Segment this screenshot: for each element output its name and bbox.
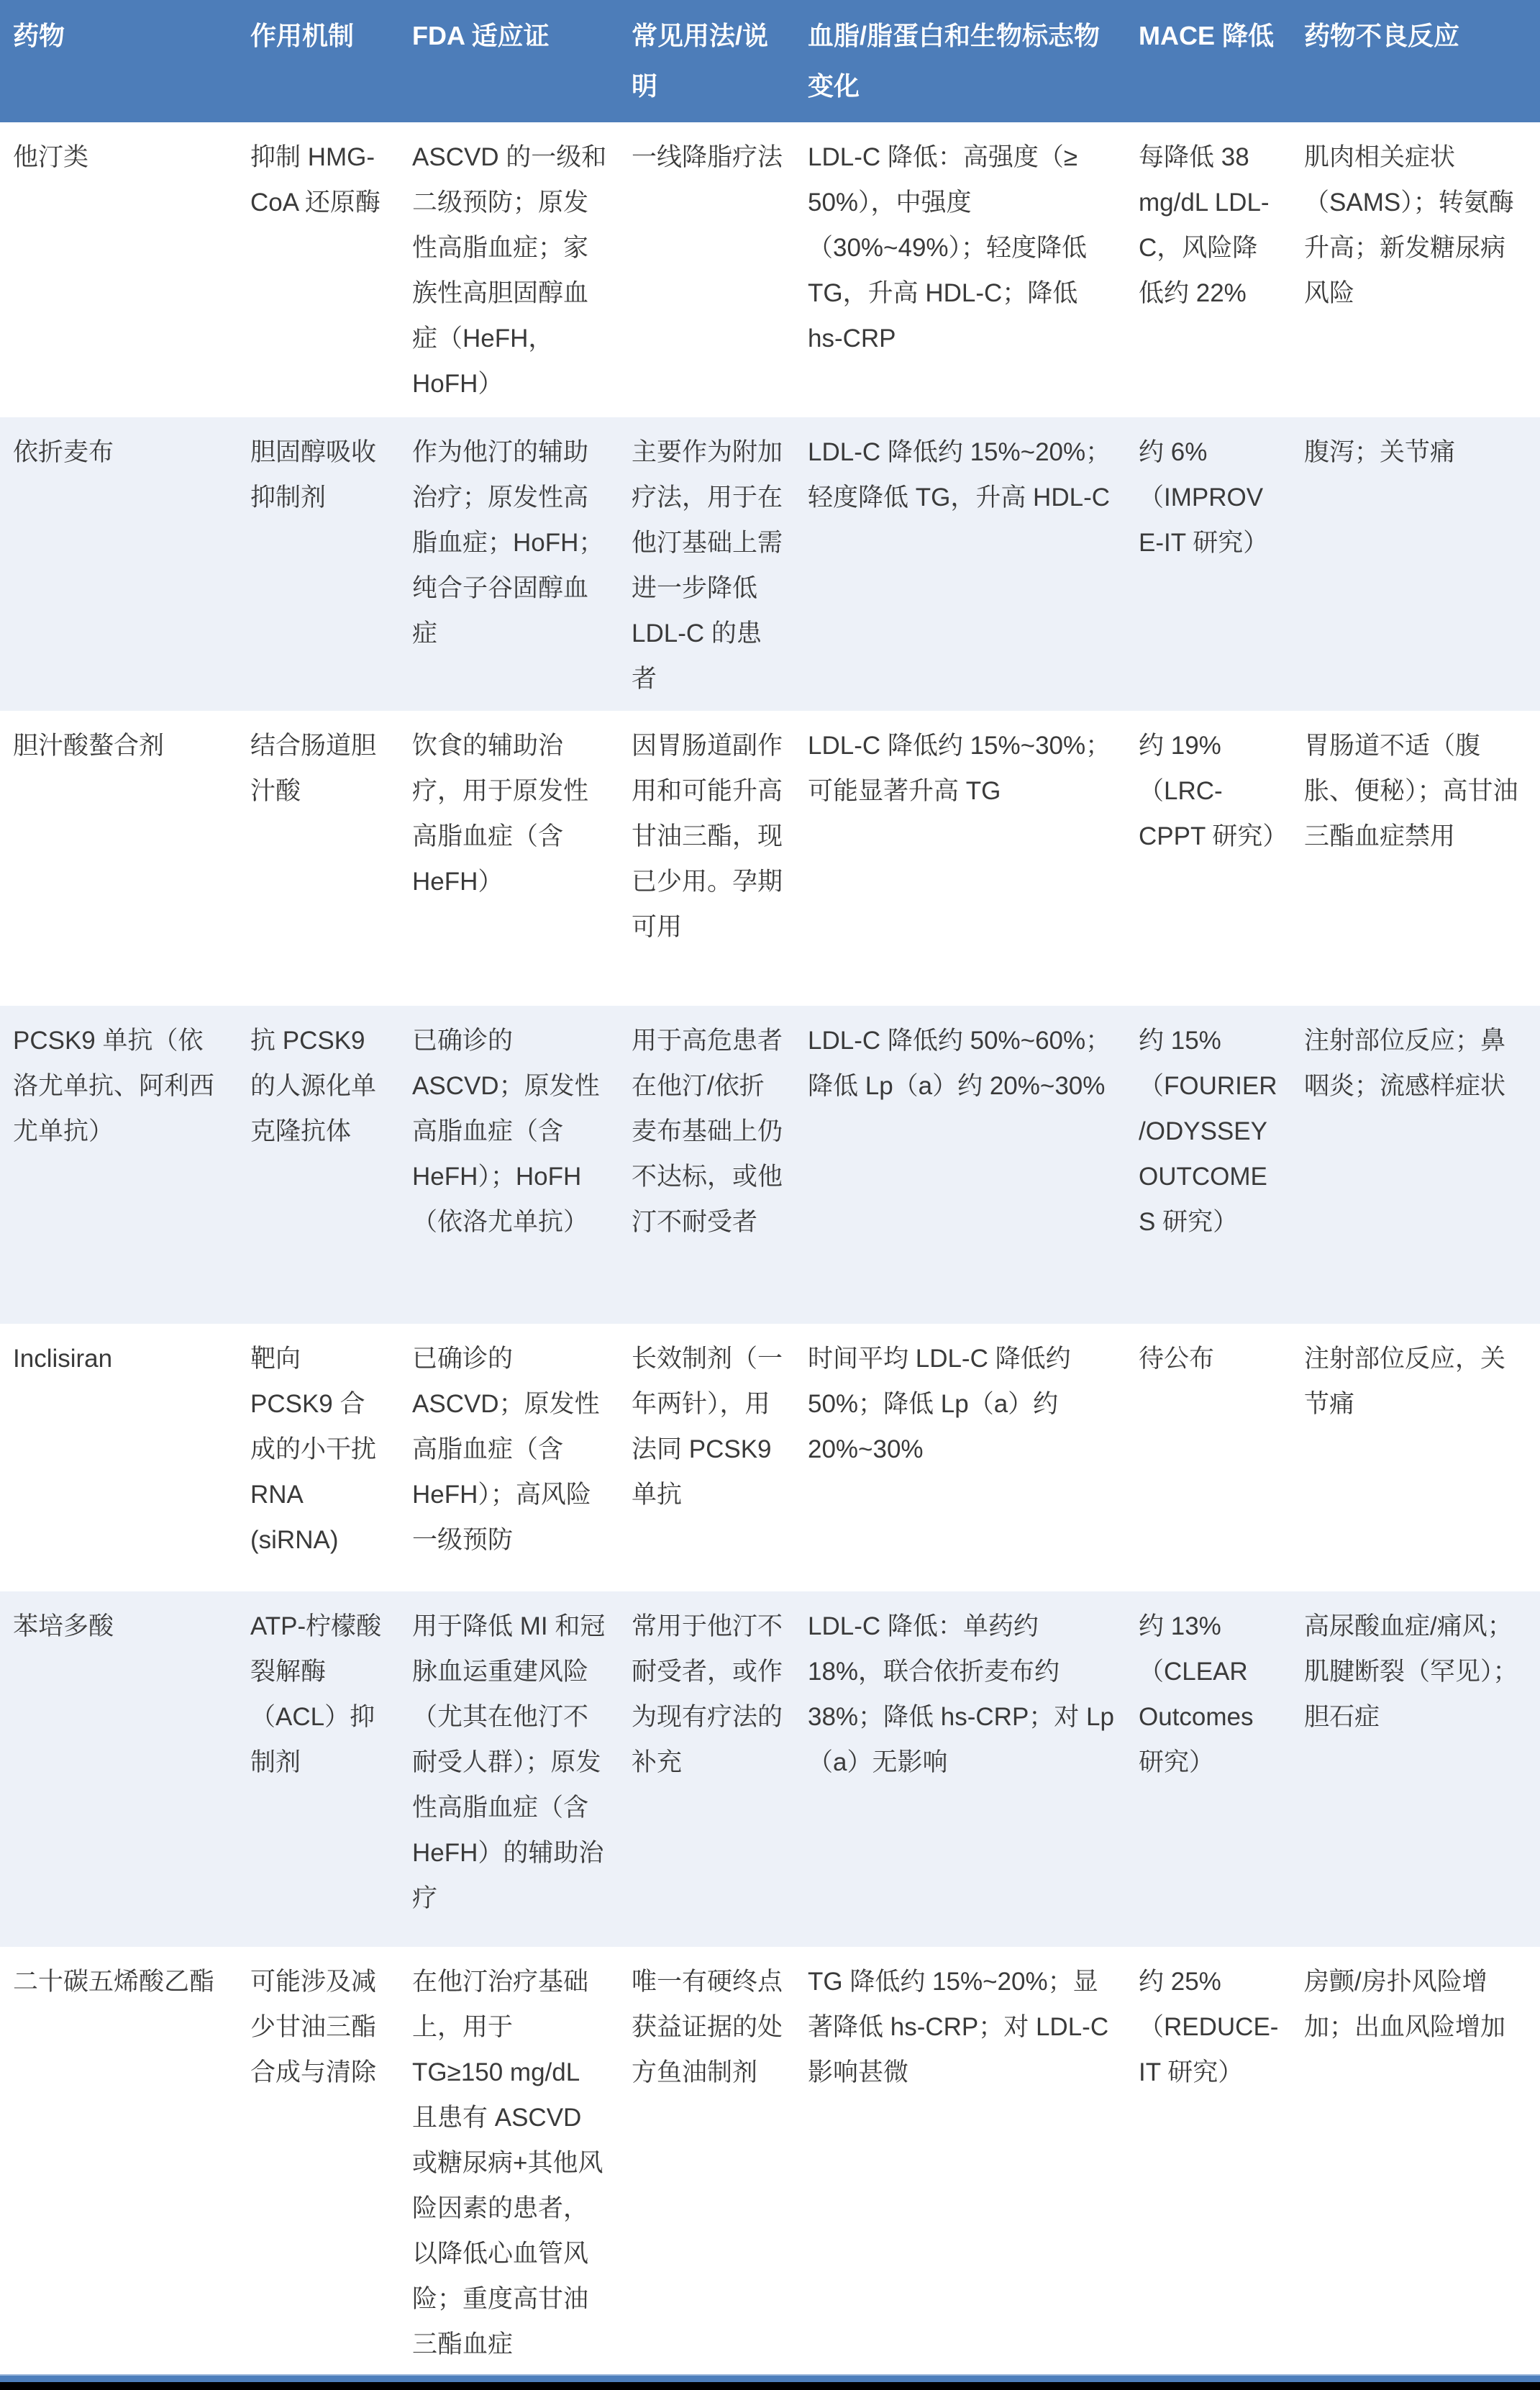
column-header-mechanism: 作用机制	[237, 0, 399, 122]
lipid-lowering-drug-table: 药物 作用机制 FDA 适应证 常见用法/说明 血脂/脂蛋白和生物标志物变化 M…	[0, 0, 1540, 2374]
table-row-inclisiran: Inclisiran 靶向 PCSK9 合成的小干扰 RNA (siRNA) 已…	[0, 1324, 1540, 1591]
cell-drug: 依折麦布	[0, 417, 237, 711]
cell-fda-indication: 作为他汀的辅助治疗；原发性高脂血症；HoFH；纯合子谷固醇血症	[399, 417, 619, 711]
header-row: 药物 作用机制 FDA 适应证 常见用法/说明 血脂/脂蛋白和生物标志物变化 M…	[0, 0, 1540, 122]
cell-lipid-biomarker-change: LDL-C 降低约 15%~30%；可能显著升高 TG	[795, 711, 1126, 1006]
cell-mechanism: 胆固醇吸收抑制剂	[237, 417, 399, 711]
cell-lipid-biomarker-change: LDL-C 降低：高强度（≥ 50%），中强度（30%~49%）；轻度降低 TG…	[795, 122, 1126, 417]
cell-drug: Inclisiran	[0, 1324, 237, 1591]
cell-lipid-biomarker-change: LDL-C 降低约 50%~60%；降低 Lp（a）约 20%~30%	[795, 1006, 1126, 1324]
cell-drug: PCSK9 单抗（依洛尤单抗、阿利西尤单抗）	[0, 1006, 237, 1324]
cell-mechanism: 可能涉及减少甘油三酯合成与清除	[237, 1947, 399, 2374]
cell-lipid-biomarker-change: TG 降低约 15%~20%；显著降低 hs-CRP；对 LDL-C 影响甚微	[795, 1947, 1126, 2374]
table-header: 药物 作用机制 FDA 适应证 常见用法/说明 血脂/脂蛋白和生物标志物变化 M…	[0, 0, 1540, 122]
cell-adverse-reactions: 房颤/房扑风险增加；出血风险增加	[1291, 1947, 1540, 2374]
cell-usage: 唯一有硬终点获益证据的处方鱼油制剂	[619, 1947, 795, 2374]
cell-adverse-reactions: 腹泻；关节痛	[1291, 417, 1540, 711]
cell-mace-reduction: 约 19%（LRC-CPPT 研究）	[1126, 711, 1291, 1006]
cell-mechanism: 靶向 PCSK9 合成的小干扰 RNA (siRNA)	[237, 1324, 399, 1591]
column-header-mace-reduction: MACE 降低	[1126, 0, 1291, 122]
column-header-lipid-biomarker-change: 血脂/脂蛋白和生物标志物变化	[795, 0, 1126, 122]
table-row-bempedoic-acid: 苯培多酸 ATP-柠檬酸裂解酶（ACL）抑制剂 用于降低 MI 和冠脉血运重建风…	[0, 1591, 1540, 1947]
cell-fda-indication: ASCVD 的一级和二级预防；原发性高脂血症；家族性高胆固醇血症（HeFH，Ho…	[399, 122, 619, 417]
cell-mechanism: 抗 PCSK9 的人源化单克隆抗体	[237, 1006, 399, 1324]
cell-fda-indication: 已确诊的 ASCVD；原发性高脂血症（含 HeFH）；HoFH（依洛尤单抗）	[399, 1006, 619, 1324]
cell-adverse-reactions: 注射部位反应，关节痛	[1291, 1324, 1540, 1591]
table-row-pcsk9-mab: PCSK9 单抗（依洛尤单抗、阿利西尤单抗） 抗 PCSK9 的人源化单克隆抗体…	[0, 1006, 1540, 1324]
cell-fda-indication: 用于降低 MI 和冠脉血运重建风险（尤其在他汀不耐受人群）；原发性高脂血症（含 …	[399, 1591, 619, 1947]
cell-lipid-biomarker-change: LDL-C 降低约 15%~20%；轻度降低 TG，升高 HDL-C	[795, 417, 1126, 711]
cell-lipid-biomarker-change: 时间平均 LDL-C 降低约 50%；降低 Lp（a）约 20%~30%	[795, 1324, 1126, 1591]
column-header-drug: 药物	[0, 0, 237, 122]
cell-adverse-reactions: 高尿酸血症/痛风；肌腱断裂（罕见）；胆石症	[1291, 1591, 1540, 1947]
table-row-ezetimibe: 依折麦布 胆固醇吸收抑制剂 作为他汀的辅助治疗；原发性高脂血症；HoFH；纯合子…	[0, 417, 1540, 711]
table-body: 他汀类 抑制 HMG-CoA 还原酶 ASCVD 的一级和二级预防；原发性高脂血…	[0, 122, 1540, 2374]
cell-usage: 一线降脂疗法	[619, 122, 795, 417]
cell-mace-reduction: 待公布	[1126, 1324, 1291, 1591]
table-row-icosapent-ethyl: 二十碳五烯酸乙酯 可能涉及减少甘油三酯合成与清除 在他汀治疗基础上，用于 TG≥…	[0, 1947, 1540, 2374]
cell-drug: 苯培多酸	[0, 1591, 237, 1947]
cell-drug: 他汀类	[0, 122, 237, 417]
cell-adverse-reactions: 肌肉相关症状（SAMS）；转氨酶升高；新发糖尿病风险	[1291, 122, 1540, 417]
cell-mechanism: 抑制 HMG-CoA 还原酶	[237, 122, 399, 417]
cell-mechanism: 结合肠道胆汁酸	[237, 711, 399, 1006]
column-header-fda-indication: FDA 适应证	[399, 0, 619, 122]
cell-usage: 用于高危患者在他汀/依折麦布基础上仍不达标，或他汀不耐受者	[619, 1006, 795, 1324]
cell-drug: 胆汁酸螯合剂	[0, 711, 237, 1006]
cell-fda-indication: 已确诊的 ASCVD；原发性高脂血症（含 HeFH）；高风险一级预防	[399, 1324, 619, 1591]
cell-mace-reduction: 每降低 38 mg/dL LDL-C，风险降低约 22%	[1126, 122, 1291, 417]
cell-usage: 因胃肠道副作用和可能升高甘油三酯，现已少用。孕期可用	[619, 711, 795, 1006]
cell-mechanism: ATP-柠檬酸裂解酶（ACL）抑制剂	[237, 1591, 399, 1947]
column-header-adverse-reactions: 药物不良反应	[1291, 0, 1540, 122]
cell-mace-reduction: 约 25%（REDUCE-IT 研究）	[1126, 1947, 1291, 2374]
table-row-statins: 他汀类 抑制 HMG-CoA 还原酶 ASCVD 的一级和二级预防；原发性高脂血…	[0, 122, 1540, 417]
cell-adverse-reactions: 注射部位反应；鼻咽炎；流感样症状	[1291, 1006, 1540, 1324]
column-header-usage: 常见用法/说明	[619, 0, 795, 122]
cell-mace-reduction: 约 6%（IMPROVE-IT 研究）	[1126, 417, 1291, 711]
cell-fda-indication: 饮食的辅助治疗，用于原发性高脂血症（含 HeFH）	[399, 711, 619, 1006]
cell-mace-reduction: 约 13%（CLEAR Outcomes 研究）	[1126, 1591, 1291, 1947]
cell-mace-reduction: 约 15%（FOURIER/ODYSSEY OUTCOMES 研究）	[1126, 1006, 1291, 1324]
cell-usage: 长效制剂（一年两针），用法同 PCSK9 单抗	[619, 1324, 795, 1591]
screen-bottom-bar	[0, 2382, 1540, 2390]
cell-usage: 常用于他汀不耐受者，或作为现有疗法的补充	[619, 1591, 795, 1947]
cell-drug: 二十碳五烯酸乙酯	[0, 1947, 237, 2374]
table-row-bile-acid-sequestrants: 胆汁酸螯合剂 结合肠道胆汁酸 饮食的辅助治疗，用于原发性高脂血症（含 HeFH）…	[0, 711, 1540, 1006]
cell-fda-indication: 在他汀治疗基础上，用于 TG≥150 mg/dL 且患有 ASCVD 或糖尿病+…	[399, 1947, 619, 2374]
cell-usage: 主要作为附加疗法，用于在他汀基础上需进一步降低 LDL-C 的患者	[619, 417, 795, 711]
table-bottom-rule	[0, 2374, 1540, 2382]
cell-lipid-biomarker-change: LDL-C 降低：单药约 18%，联合依折麦布约 38%；降低 hs-CRP；对…	[795, 1591, 1126, 1947]
cell-adverse-reactions: 胃肠道不适（腹胀、便秘）；高甘油三酯血症禁用	[1291, 711, 1540, 1006]
